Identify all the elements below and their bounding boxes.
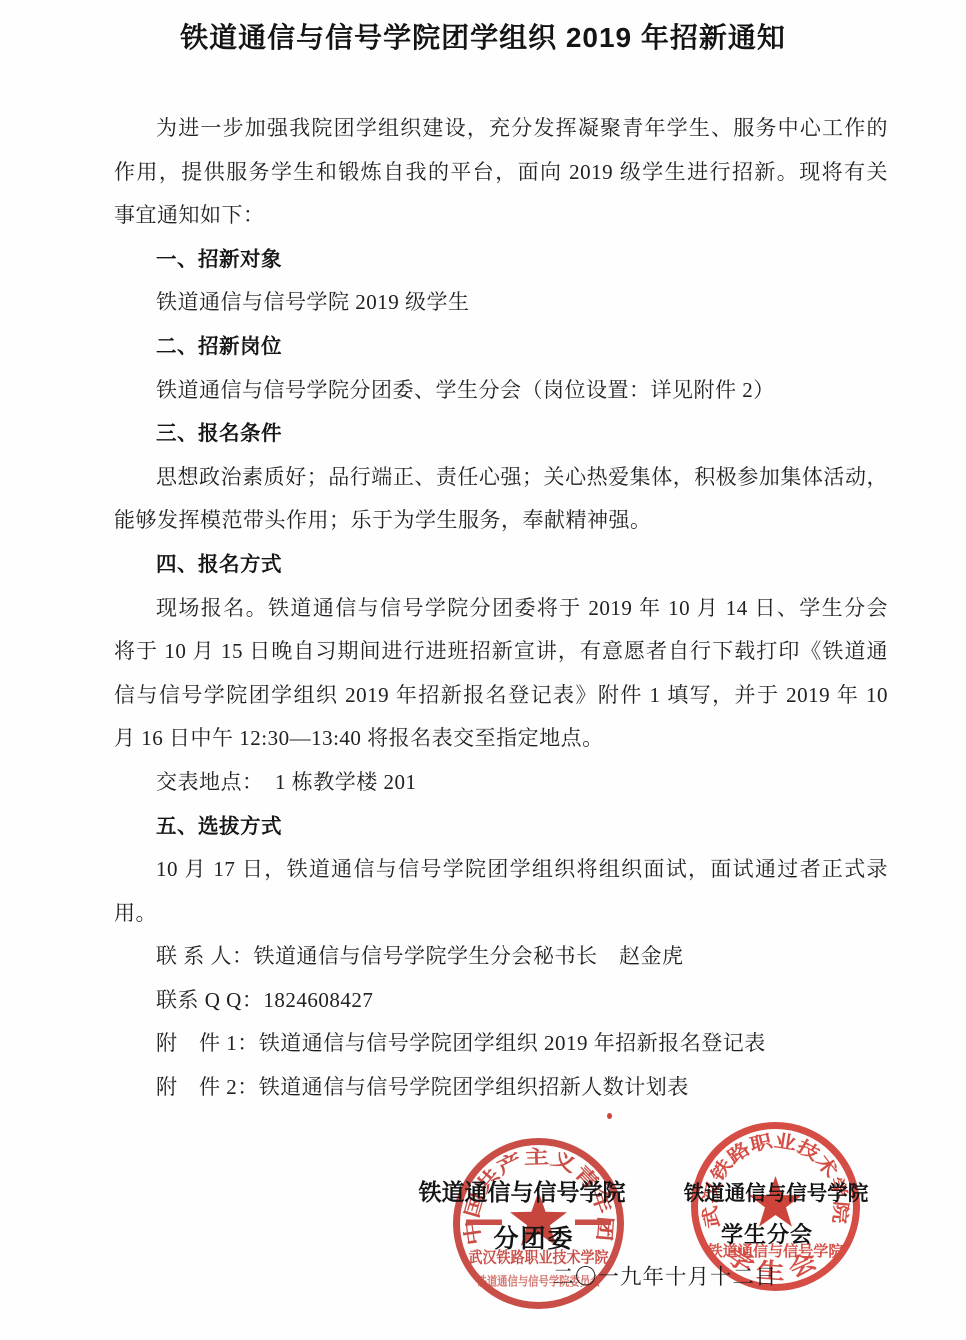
document-date: 二〇一九年十月十二日 [540,1260,790,1291]
section-heading: 四、报名方式 [114,543,888,587]
doc-line: 铁道通信与信号学院 2019 级学生 [114,281,888,325]
doc-line: 为进一步加强我院团学组织建设，充分发挥凝聚青年学生、服务中心工作的 [114,107,888,151]
doc-line: 用。 [114,892,888,936]
section-heading: 三、报名条件 [114,412,888,456]
section-heading: 二、招新岗位 [114,325,888,369]
section-heading: 五、选拔方式 [114,805,888,849]
signer-left-college: 铁道通信与信号学院 [418,1174,626,1207]
doc-line: 联 系 人：铁道通信与信号学院学生分会秘书长 赵金虎 [114,935,888,979]
document-title: 铁道通信与信号学院团学组织 2019 年招新通知 [0,16,966,56]
signer-left-committee: 分团委 [459,1219,609,1255]
doc-line: 信与信号学院团学组织 2019 年招新报名登记表》附件 1 填写，并于 2019… [114,674,888,718]
doc-line: 现场报名。铁道通信与信号学院分团委将于 2019 年 10 月 14 日、学生分… [114,587,888,631]
doc-line: 附 件 1：铁道通信与信号学院团学组织 2019 年招新报名登记表 [114,1022,888,1066]
doc-line: 铁道通信与信号学院分团委、学生分会（岗位设置：详见附件 2） [114,369,888,413]
signer-right-college: 铁道通信与信号学院 [683,1176,869,1206]
doc-line: 联系 Q Q：1824608427 [114,979,888,1023]
doc-line: 交表地点： 1 栋教学楼 201 [114,761,888,805]
doc-line: 将于 10 月 15 日晚自习期间进行进班招新宣讲，有意愿者自行下载打印《铁道通 [114,630,888,674]
doc-line: 事宜通知如下： [114,194,888,238]
doc-line: 附 件 2：铁道通信与信号学院团学组织招新人数计划表 [114,1066,888,1110]
doc-line: 作用，提供服务学生和锻炼自我的平台，面向 2019 级学生进行招新。现将有关 [114,151,888,195]
doc-line: 10 月 17 日，铁道通信与信号学院团学组织将组织面试，面试通过者正式录 [114,848,888,892]
doc-line: 能够发挥模范带头作用；乐于为学生服务，奉献精神强。 [114,499,888,543]
doc-line: 月 16 日中午 12:30—13:40 将报名表交至指定地点。 [114,717,888,761]
signer-right-branch: 学生分会 [692,1218,842,1249]
doc-line: 思想政治素质好；品行端正、责任心强；关心热爱集体，积极参加集体活动， [114,456,888,500]
ink-speck [607,1113,612,1119]
section-heading: 一、招新对象 [114,238,888,282]
document-body: 为进一步加强我院团学组织建设，充分发挥凝聚青年学生、服务中心工作的作用，提供服务… [114,107,888,1110]
